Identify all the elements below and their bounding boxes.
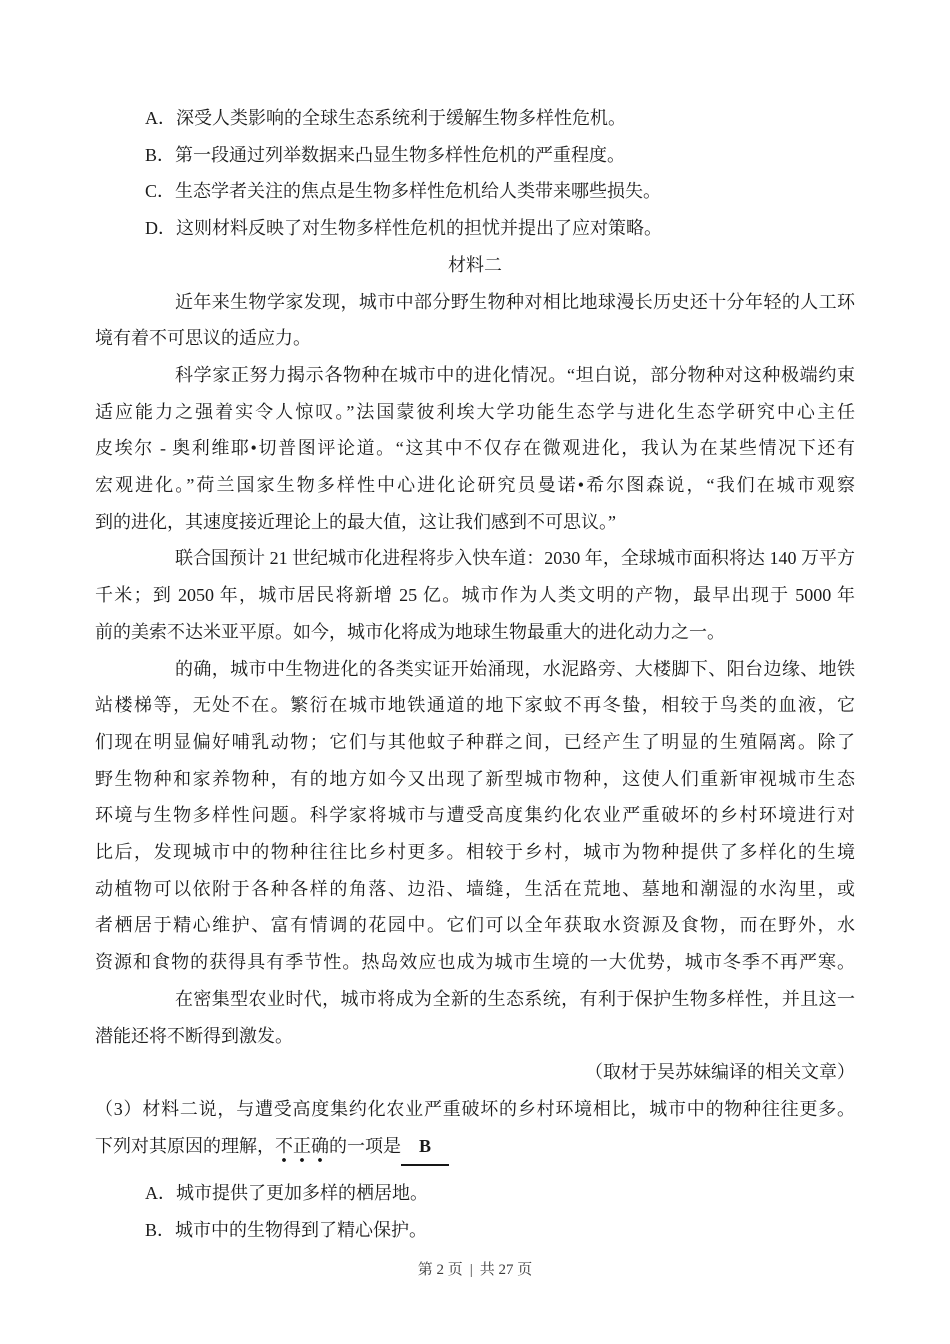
option-letter: A． bbox=[145, 1183, 176, 1203]
option-letter: C． bbox=[145, 181, 175, 201]
stem-text: 下列对其原因的理解， bbox=[95, 1136, 275, 1156]
text-line: 皮埃尔 - 奥利维耶•切普图评论道。“这其中不仅存在微观进化，我认为在某些情况下… bbox=[95, 430, 855, 467]
option-text: 生态学者关注的焦点是生物多样性危机给人类带来哪些损失。 bbox=[175, 181, 661, 201]
page-total: 共 27 页 bbox=[480, 1262, 533, 1278]
answer-blank: B bbox=[401, 1128, 449, 1167]
option-letter: B． bbox=[145, 1220, 175, 1240]
page-footer: 第 2 页|共 27 页 bbox=[95, 1256, 855, 1284]
option-row: A．深受人类影响的全球生态系统利于缓解生物多样性危机。 bbox=[95, 100, 855, 137]
text-line: 比后，发现城市中的物种往往比乡村更多。相较于乡村，城市为物种提供了多样化的生境 bbox=[95, 834, 855, 871]
exam-page: { "question2_options": [ {"letter":"A．",… bbox=[0, 0, 950, 1344]
question2-options: A．深受人类影响的全球生态系统利于缓解生物多样性危机。 B．第一段通过列举数据来… bbox=[95, 100, 855, 247]
option-text: 深受人类影响的全球生态系统利于缓解生物多样性危机。 bbox=[176, 108, 626, 128]
text-line: 近年来生物学家发现，城市中部分野生物种对相比地球漫长历史还十分年轻的人工环 bbox=[95, 284, 855, 321]
option-text: 城市中的生物得到了精心保护。 bbox=[175, 1220, 427, 1240]
page-content: A．深受人类影响的全球生态系统利于缓解生物多样性危机。 B．第一段通过列举数据来… bbox=[0, 0, 950, 1284]
question3-options: A．城市提供了更加多样的栖居地。 B．城市中的生物得到了精心保护。 bbox=[95, 1175, 855, 1248]
answer-value: B bbox=[419, 1136, 431, 1156]
option-row: D．这则材料反映了对生物多样性危机的担忧并提出了应对策略。 bbox=[95, 210, 855, 247]
text-line: 境有着不可思议的适应力。 bbox=[95, 320, 855, 357]
footer-separator: | bbox=[470, 1262, 473, 1278]
material-title: 材料二 bbox=[95, 247, 855, 284]
text-line: 环境与生物多样性问题。科学家将城市与遭受高度集约化农业严重破坏的乡村环境进行对 bbox=[95, 797, 855, 834]
text-line: 们现在明显偏好哺乳动物；它们与其他蚊子种群之间，已经产生了明显的生殖隔离。除了 bbox=[95, 724, 855, 761]
text-line: 的确，城市中生物进化的各类实证开始涌现，水泥路旁、大楼脚下、阳台边缘、地铁 bbox=[95, 651, 855, 688]
text-line: 野生物种和家养物种，有的地方如今又出现了新型城市物种，这使人们重新审视城市生态 bbox=[95, 761, 855, 798]
option-row: C．生态学者关注的焦点是生物多样性危机给人类带来哪些损失。 bbox=[95, 173, 855, 210]
text-line: 潜能还将不断得到激发。 bbox=[95, 1018, 855, 1055]
option-letter: D． bbox=[145, 218, 176, 238]
text-line: 在密集型农业时代，城市将成为全新的生态系统，有利于保护生物多样性，并且这一 bbox=[95, 981, 855, 1018]
stem-text: 的一项是 bbox=[329, 1136, 401, 1156]
text-line: 适应能力之强着实令人惊叹。”法国蒙彼利埃大学功能生态学与进化生态学研究中心主任 bbox=[95, 394, 855, 431]
text-line: 前的美索不达米亚平原。如今，城市化将成为地球生物最重大的进化动力之一。 bbox=[95, 614, 855, 651]
option-row: B．城市中的生物得到了精心保护。 bbox=[95, 1212, 855, 1249]
page-number: 第 2 页 bbox=[418, 1262, 463, 1278]
question3-stem-line1: （3）材料二说，与遭受高度集约化农业严重破坏的乡村环境相比，城市中的物种往往更多… bbox=[95, 1091, 855, 1128]
text-line: 科学家正努力揭示各物种在城市中的进化情况。“坦白说，部分物种对这种极端约束 bbox=[95, 357, 855, 394]
text-line: 到的进化，其速度接近理论上的最大值，这让我们感到不可思议。” bbox=[95, 504, 855, 541]
text-line: 站楼梯等，无处不在。繁衍在城市地铁通道的地下家蚊不再冬蛰，相较于鸟类的血液，它 bbox=[95, 687, 855, 724]
option-letter: B． bbox=[145, 145, 175, 165]
question3-stem-line2: 下列对其原因的理解，不正确的一项是B bbox=[95, 1128, 855, 1167]
text-line: 资源和食物的获得具有季节性。热岛效应也成为城市生境的一大优势，城市冬季不再严寒。 bbox=[95, 944, 855, 981]
text-line: 联合国预计 21 世纪城市化进程将步入快车道：2030 年，全球城市面积将达 1… bbox=[95, 540, 855, 577]
option-text: 城市提供了更加多样的栖居地。 bbox=[176, 1183, 428, 1203]
option-row: B．第一段通过列举数据来凸显生物多样性危机的严重程度。 bbox=[95, 137, 855, 174]
material2-body: 近年来生物学家发现，城市中部分野生物种对相比地球漫长历史还十分年轻的人工环 境有… bbox=[95, 284, 855, 1055]
text-line: 宏观进化。”荷兰国家生物多样性中心进化论研究员曼诺•希尔图森说，“我们在城市观察 bbox=[95, 467, 855, 504]
text-line: 动植物可以依附于各种各样的角落、边沿、墙缝，生活在荒地、墓地和潮湿的水沟里，或 bbox=[95, 871, 855, 908]
option-text: 这则材料反映了对生物多样性危机的担忧并提出了应对策略。 bbox=[176, 218, 662, 238]
emphasized-text: 不正确 bbox=[275, 1136, 329, 1163]
option-row: A．城市提供了更加多样的栖居地。 bbox=[95, 1175, 855, 1212]
text-line: 千米；到 2050 年，城市居民将新增 25 亿。城市作为人类文明的产物，最早出… bbox=[95, 577, 855, 614]
option-text: 第一段通过列举数据来凸显生物多样性危机的严重程度。 bbox=[175, 145, 625, 165]
source-attribution: （取材于吴苏妹编译的相关文章） bbox=[95, 1054, 855, 1091]
text-line: 者栖居于精心维护、富有情调的花园中。它们可以全年获取水资源及食物，而在野外，水 bbox=[95, 907, 855, 944]
option-letter: A． bbox=[145, 108, 176, 128]
